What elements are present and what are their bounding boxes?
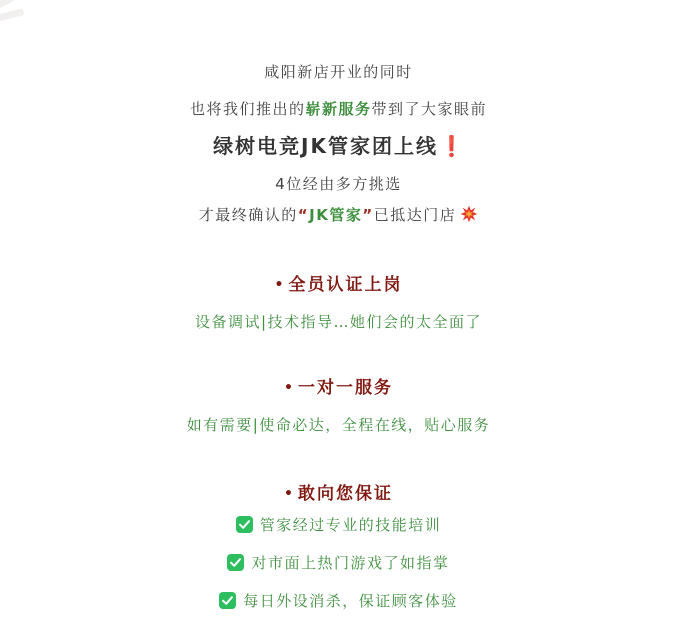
section-heading-guarantee: •敢向您保证 [0,483,677,506]
open-quote: “ [298,206,309,224]
guarantee-item: 对市面上热门游戏了如指掌 [0,553,677,573]
section-heading-one-on-one: •一对一服务 [0,377,677,400]
section-heading-certified: •全员认证上岗 [0,274,677,297]
checkmark-icon [227,554,244,571]
section-heading-text: 敢向您保证 [298,484,393,504]
checkmark-icon [236,516,253,533]
main-title-text: 绿树电竞JK管家团上线 [213,134,438,158]
new-service-highlight: 崭新服务 [305,100,371,118]
guarantee-item-text: 每日外设消杀，保证顾客体验 [243,592,458,610]
intro-line-2-prefix: 也将我们推出的 [190,100,306,118]
guarantee-item-text: 管家经过专业的技能培训 [260,516,442,534]
section-heading-text: 一对一服务 [298,378,393,398]
intro-line-5-suffix: 已抵达门店 [374,206,457,224]
intro-line-1: 咸阳新店开业的同时 [0,62,677,83]
checkmark-icon [219,592,236,609]
article-page: 咸阳新店开业的同时 也将我们推出的崭新服务带到了大家眼前 绿树电竞JK管家团上线… [0,0,677,633]
section-heading-text: 全员认证上岗 [288,275,402,295]
guarantee-item-text: 对市面上热门游戏了如指掌 [251,554,449,572]
bullet-dot: • [275,277,284,293]
jk-butler-highlight: JK管家 [309,206,362,224]
section-detail-certified: 设备调试|技术指导…她们会的太全面了 [0,312,677,333]
close-quote: ” [362,206,373,224]
bullet-dot: • [284,486,293,502]
section-detail-one-on-one: 如有需要|使命必达，全程在线，贴心服务 [0,415,677,436]
intro-line-2: 也将我们推出的崭新服务带到了大家眼前 [0,99,677,120]
article-content: 咸阳新店开业的同时 也将我们推出的崭新服务带到了大家眼前 绿树电竞JK管家团上线… [0,0,677,611]
intro-line-5: 才最终确认的“JK管家”已抵达门店 [0,205,677,226]
main-title: 绿树电竞JK管家团上线❗ [0,132,677,160]
intro-line-5-prefix: 才最终确认的 [199,206,298,224]
intro-line-4: 4位经由多方挑选 [0,174,677,195]
collision-burst-icon [460,205,478,223]
guarantee-item: 每日外设消杀，保证顾客体验 [0,591,677,611]
exclamation-icon: ❗ [439,134,464,158]
guarantee-item: 管家经过专业的技能培训 [0,515,677,535]
bullet-dot: • [284,380,293,396]
intro-line-2-suffix: 带到了大家眼前 [372,100,488,118]
